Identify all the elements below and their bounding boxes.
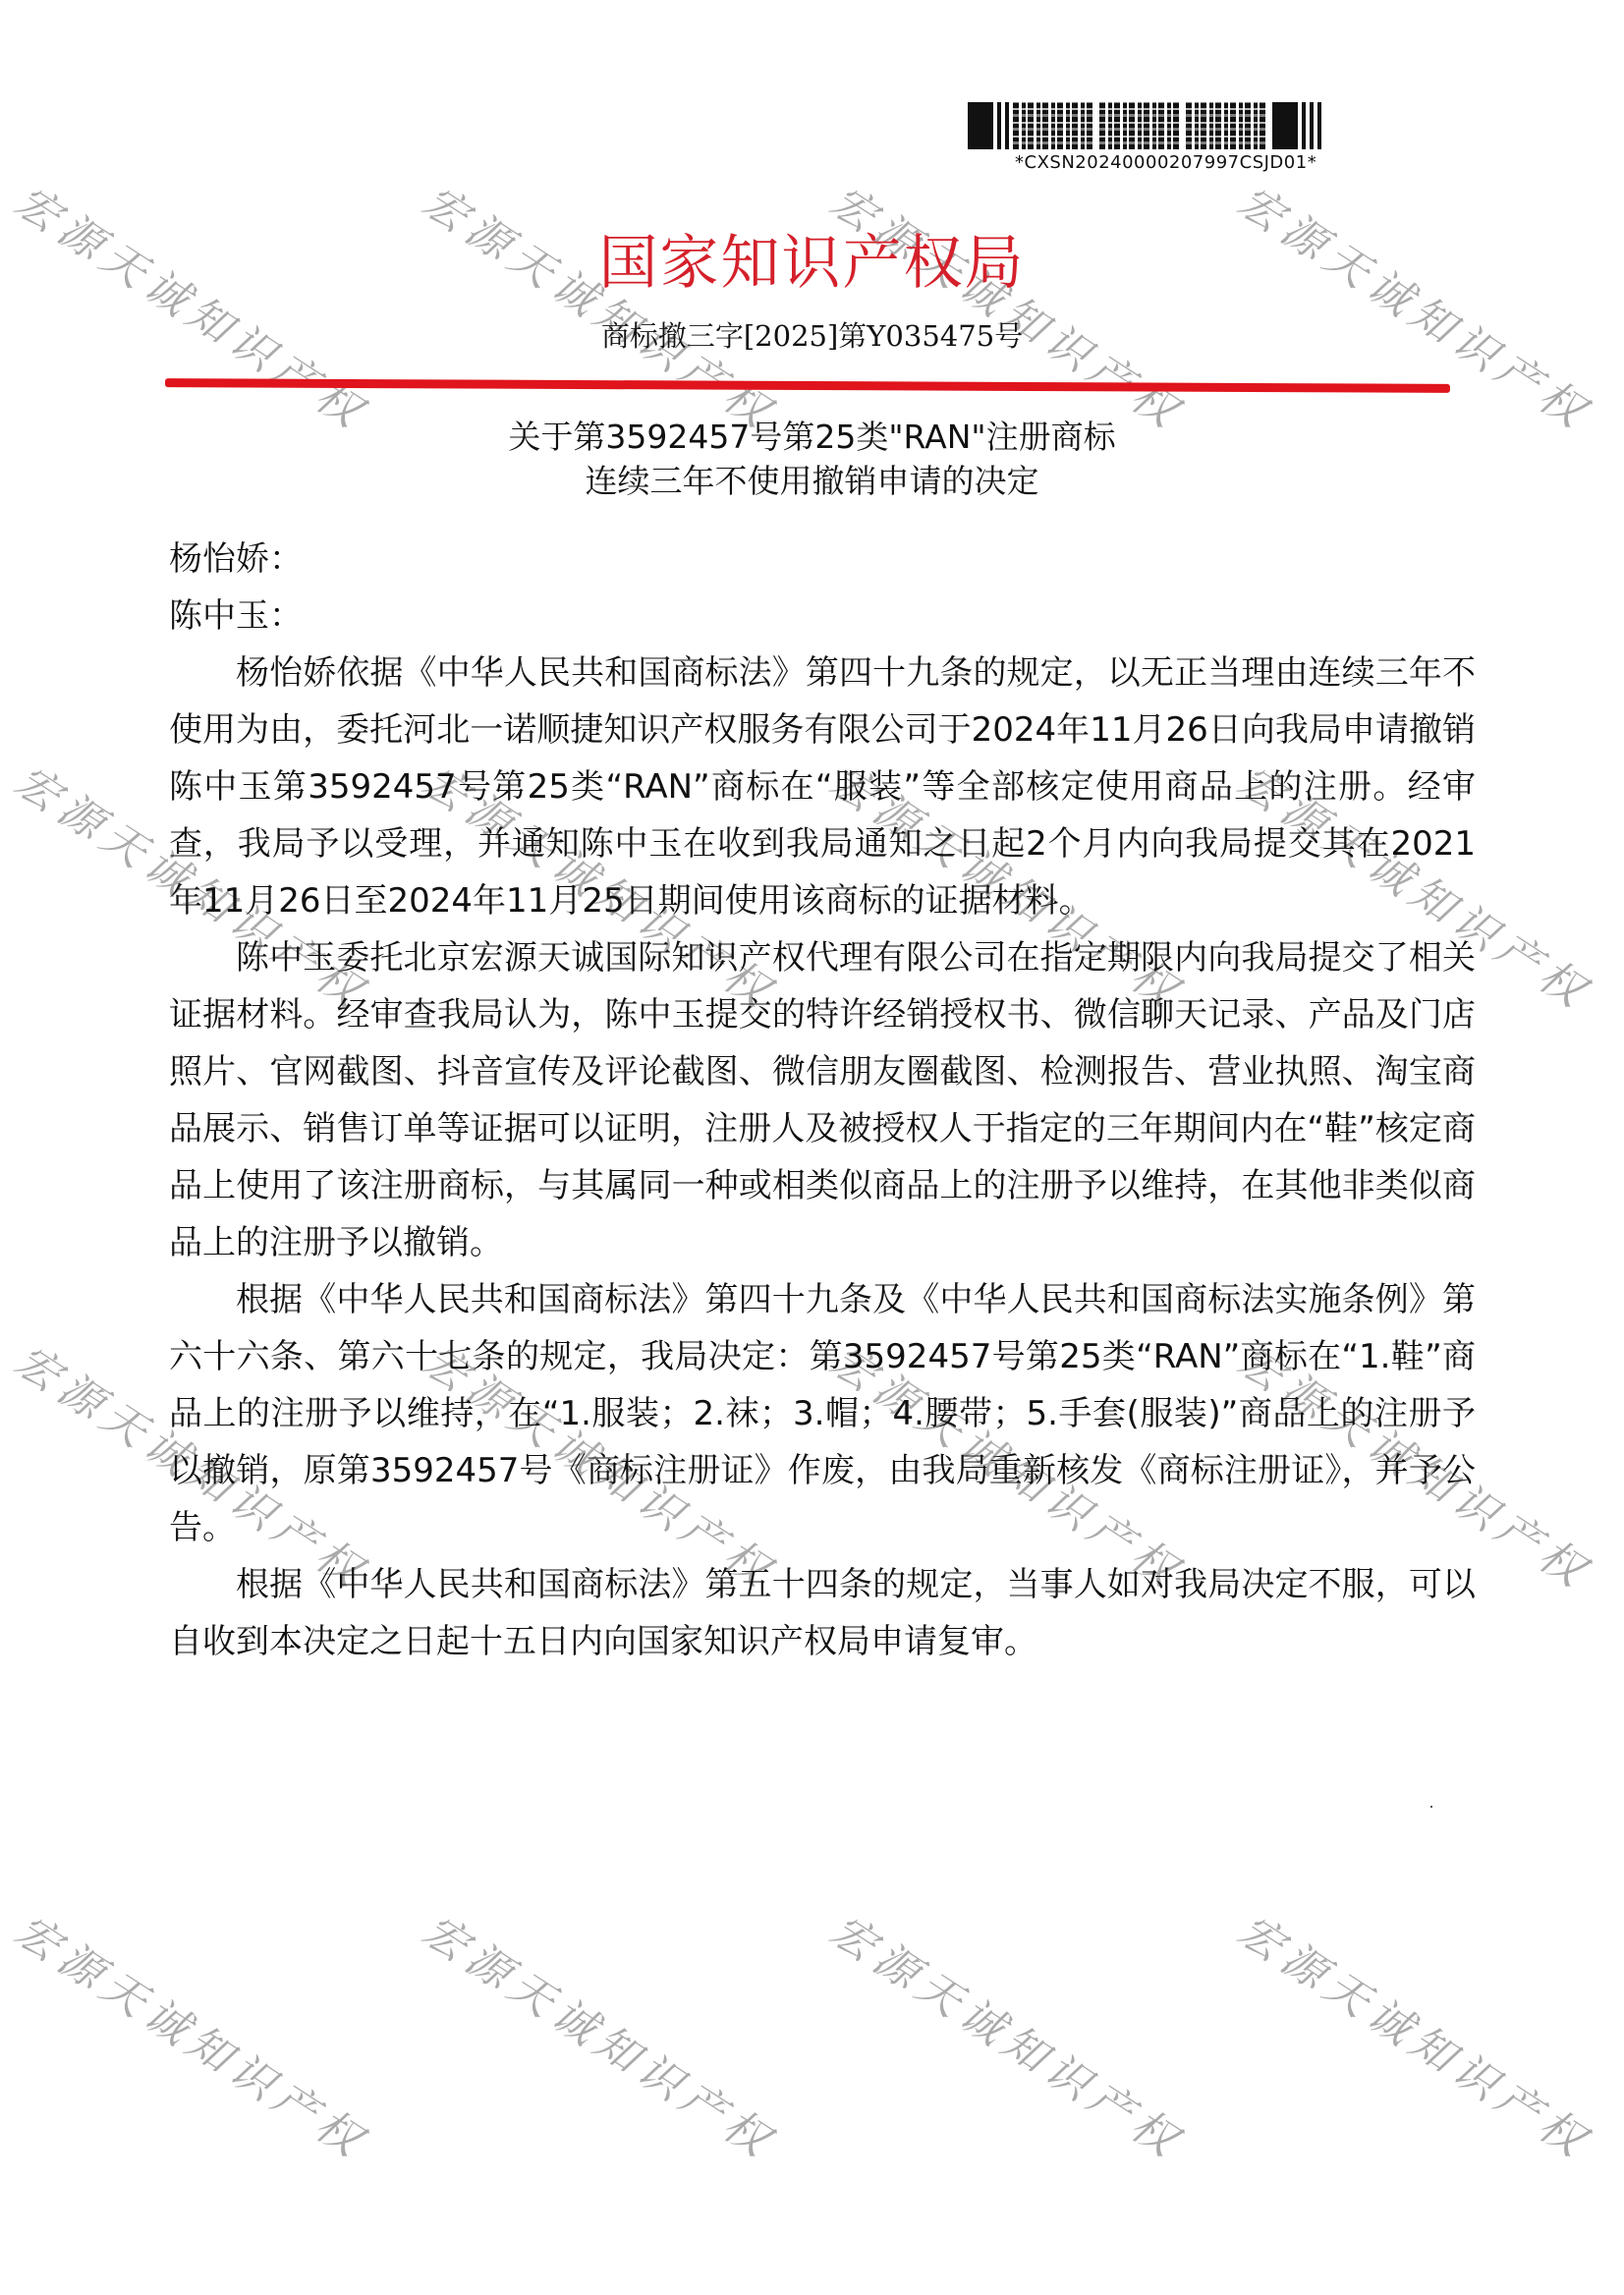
barcode-bar	[1310, 102, 1314, 149]
watermark: 宏源天诚知识产权	[5, 1896, 382, 2171]
barcode-matrix	[1186, 102, 1268, 149]
barcode-bar	[968, 102, 993, 149]
header-rule	[165, 378, 1450, 393]
watermark: 宏源天诚知识产权	[5, 167, 382, 442]
document-page: 宏源天诚知识产权 宏源天诚知识产权 宏源天诚知识产权 宏源天诚知识产权 宏源天诚…	[0, 0, 1624, 2295]
paragraph-examination: 陈中玉委托北京宏源天诚国际知识产权代理有限公司在指定期限内向我局提交了相关证据材…	[169, 929, 1476, 1271]
document-body: 杨怡娇： 陈中玉： 杨怡娇依据《中华人民共和国商标法》第四十九条的规定，以无正当…	[169, 531, 1476, 1670]
watermark: 宏源天诚知识产权	[820, 167, 1198, 442]
barcode-bar	[1302, 102, 1306, 149]
document-title: 关于第3592457号第25类"RAN"注册商标 连续三年不使用撤销申请的决定	[0, 415, 1624, 503]
barcode-bar	[997, 102, 1001, 149]
barcode-matrix	[1013, 102, 1095, 149]
watermark: 宏源天诚知识产权	[413, 1896, 790, 2171]
document-number: 商标撤三字[2025]第Y035475号	[0, 314, 1624, 355]
paragraph-appeal-notice: 根据《中华人民共和国商标法》第五十四条的规定，当事人如对我局决定不服，可以自收到…	[169, 1556, 1476, 1670]
watermark: 宏源天诚知识产权	[820, 1896, 1198, 2171]
watermark: 宏源天诚知识产权	[1228, 167, 1605, 442]
barcode-matrix	[1099, 102, 1182, 149]
watermark: 宏源天诚知识产权	[413, 167, 790, 442]
title-line-1: 关于第3592457号第25类"RAN"注册商标	[0, 415, 1624, 459]
barcode-bar	[1272, 102, 1298, 149]
watermark: 宏源天诚知识产权	[1228, 1896, 1605, 2171]
addressee: 杨怡娇：	[169, 531, 1476, 588]
paragraph-decision: 根据《中华人民共和国商标法》第四十九条及《中华人民共和国商标法实施条例》第六十六…	[169, 1271, 1476, 1556]
barcode	[968, 102, 1371, 149]
scan-speck	[1430, 1806, 1432, 1808]
barcode-bar	[1005, 102, 1009, 149]
barcode-code: *CXSN20240000207997CSJD01*	[1015, 152, 1316, 173]
paragraph-application: 杨怡娇依据《中华人民共和国商标法》第四十九条的规定，以无正当理由连续三年不使用为…	[169, 644, 1476, 929]
barcode-bar	[1317, 102, 1321, 149]
agency-name: 国家知识产权局	[0, 216, 1624, 301]
addressee: 陈中玉：	[169, 588, 1476, 644]
title-line-2: 连续三年不使用撤销申请的决定	[0, 459, 1624, 503]
